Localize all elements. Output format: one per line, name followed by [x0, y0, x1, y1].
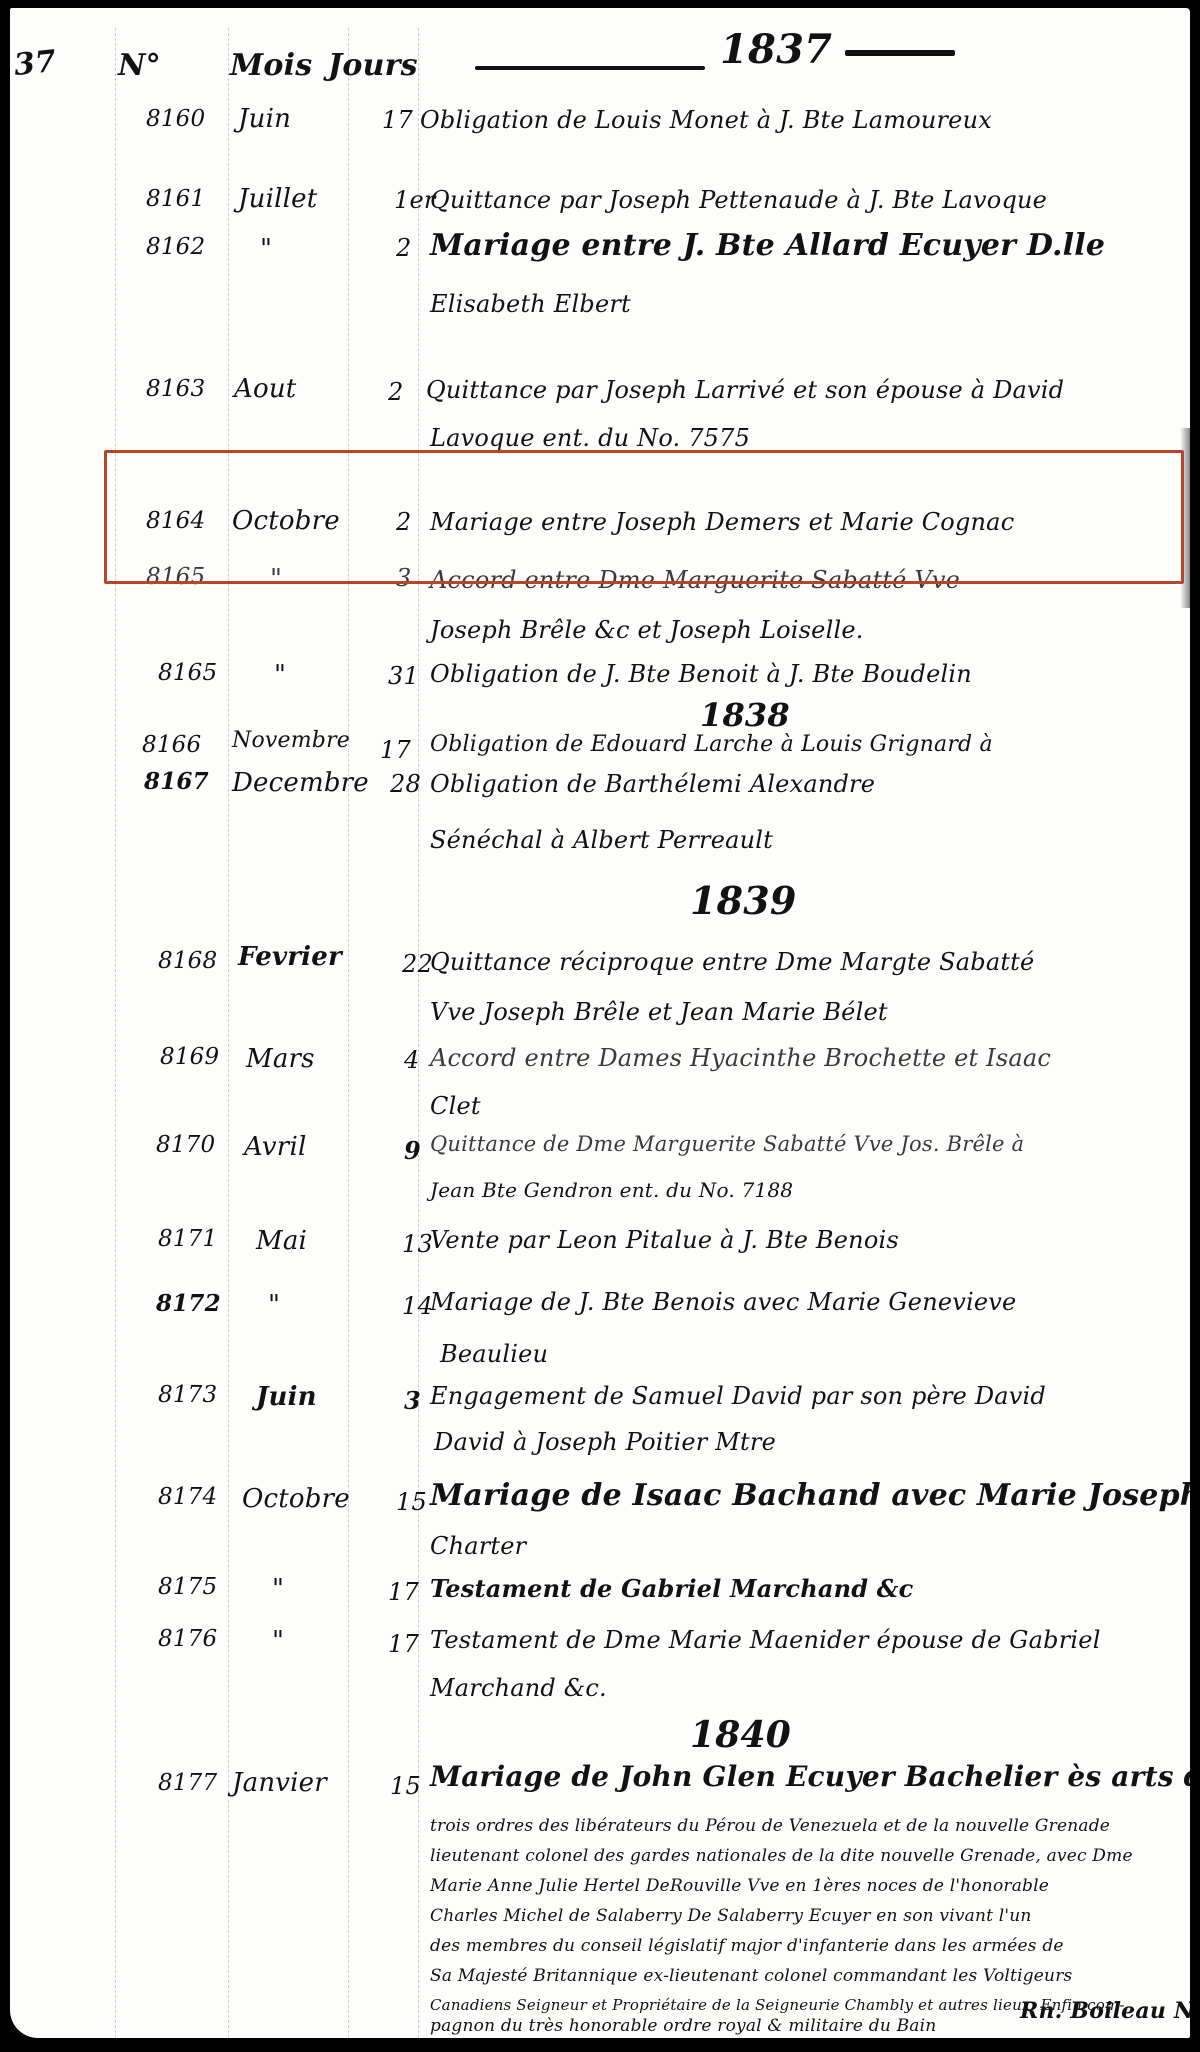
- column-rule: [228, 28, 229, 2038]
- entry-day: 17: [388, 1578, 419, 1606]
- column-rule: [348, 28, 349, 2038]
- entry-number: 8167: [144, 768, 209, 795]
- column-rule: [115, 28, 116, 2038]
- entry-day: 17: [382, 106, 413, 134]
- entry-text: Engagement de Samuel David par son père …: [430, 1382, 1046, 1410]
- entry-text-continued: Charles Michel de Salaberry De Salaberry…: [430, 1906, 1032, 1926]
- entry-text: Quittance de Dme Marguerite Sabatté Vve …: [430, 1132, 1024, 1156]
- entry-month: ": [260, 234, 272, 264]
- entry-text-continued: Beaulieu: [440, 1340, 548, 1368]
- entry-text: Obligation de Edouard Larche à Louis Gri…: [430, 732, 993, 757]
- entry-month: Aout: [234, 374, 296, 404]
- entry-text: Accord entre Dames Hyacinthe Brochette e…: [430, 1044, 1051, 1072]
- entry-text-continued: Charter: [430, 1532, 526, 1560]
- entry-number: 8173: [158, 1382, 217, 1408]
- entry-text: Mariage de J. Bte Benois avec Marie Gene…: [430, 1288, 1016, 1316]
- entry-text-continued: Marchand &c.: [430, 1674, 607, 1702]
- entry-text-continued: des membres du conseil législatif major …: [430, 1936, 1064, 1956]
- entry-number: 8172: [156, 1290, 221, 1317]
- entry-number: 8161: [146, 186, 205, 212]
- header-month-col: Mois: [230, 48, 312, 83]
- page-edge-shadow: [1180, 428, 1190, 608]
- year-marker: 1839: [690, 878, 797, 923]
- entry-day: 9: [404, 1136, 421, 1165]
- entry-number: 8166: [142, 732, 201, 758]
- entry-number: 8160: [146, 106, 205, 132]
- entry-text: Obligation de Barthélemi Alexandre: [430, 770, 875, 798]
- entry-text: Mariage de John Glen Ecuyer Bachelier ès…: [430, 1760, 1190, 1793]
- entry-number: 8175: [158, 1574, 217, 1600]
- entry-text-continued: Clet: [430, 1092, 481, 1120]
- entry-number: 8171: [158, 1226, 217, 1252]
- year-marker: 1840: [690, 1714, 791, 1756]
- entry-number: 8165: [146, 564, 205, 590]
- entry-text: Testament de Gabriel Marchand &c: [430, 1574, 913, 1603]
- entry-number: 8174: [158, 1484, 217, 1510]
- entry-month: Juillet: [238, 184, 317, 214]
- entry-day: 3: [396, 564, 411, 592]
- entry-month: Novembre: [232, 728, 350, 753]
- entry-month: ": [270, 564, 282, 594]
- entry-text-continued: Sénéchal à Albert Perreault: [430, 826, 773, 854]
- entry-day: 2: [388, 378, 403, 406]
- entry-day: 2: [396, 234, 411, 262]
- entry-text: Accord entre Dme Marguerite Sabatté Vve: [430, 566, 960, 594]
- entry-month: ": [272, 1626, 284, 1656]
- entry-number: 8176: [158, 1626, 217, 1652]
- folio-number: 37: [12, 44, 58, 83]
- entry-day: 14: [402, 1292, 433, 1320]
- entry-month: Juin: [256, 1382, 317, 1412]
- register-page: 37 N° Mois Jours 1837 8160 Juin 17 Oblig…: [10, 8, 1190, 2038]
- entry-text-continued: Marie Anne Julie Hertel DeRouville Vve e…: [430, 1876, 1049, 1896]
- entry-month: Mars: [246, 1044, 315, 1074]
- header-rule-right: [845, 50, 955, 56]
- entry-text: Mariage entre J. Bte Allard Ecuyer D.lle: [430, 228, 1105, 263]
- entry-text: Mariage entre Joseph Demers et Marie Cog…: [430, 508, 1014, 536]
- entry-text: Obligation de J. Bte Benoit à J. Bte Bou…: [430, 660, 972, 688]
- entry-month: Decembre: [232, 768, 369, 798]
- entry-text-continued: pagnon du très honorable ordre royal & m…: [430, 2016, 936, 2036]
- entry-day: 2: [396, 508, 411, 536]
- notary-signature: Rn. Boileau N.P.: [1020, 1998, 1190, 2024]
- entry-day: 13: [402, 1230, 433, 1258]
- entry-month: Octobre: [242, 1484, 350, 1514]
- entry-number: 8162: [146, 234, 205, 260]
- entry-text: Quittance par Joseph Larrivé et son épou…: [426, 376, 1064, 404]
- entry-text-continued: Joseph Brêle &c et Joseph Loiselle.: [430, 616, 864, 644]
- entry-day: 28: [390, 770, 421, 798]
- entry-text-continued: Vve Joseph Brêle et Jean Marie Bélet: [430, 998, 888, 1026]
- entry-text: Obligation de Louis Monet à J. Bte Lamou…: [420, 106, 992, 134]
- column-rule: [418, 28, 419, 2038]
- entry-month: Octobre: [232, 506, 340, 536]
- entry-number: 8169: [160, 1044, 219, 1070]
- entry-day: 17: [380, 736, 411, 764]
- entry-month: Juin: [238, 104, 291, 134]
- entry-text: Testament de Dme Marie Maenider épouse d…: [430, 1626, 1101, 1654]
- header-number-col: N°: [118, 48, 161, 83]
- entry-text-continued: Elisabeth Elbert: [430, 290, 631, 318]
- entry-text-continued: Sa Majesté Britannique ex-lieutenant col…: [430, 1966, 1072, 1986]
- entry-month: ": [272, 1574, 284, 1604]
- header-rule-left: [475, 66, 705, 70]
- entry-day: 31: [388, 662, 419, 690]
- entry-text: Mariage de Isaac Bachand avec Marie Jose…: [430, 1478, 1190, 1513]
- header-year: 1837: [720, 26, 832, 73]
- header-day-col: Jours: [328, 48, 418, 83]
- entry-month: ": [274, 660, 286, 690]
- entry-day: 15: [396, 1488, 427, 1516]
- entry-day: 17: [388, 1630, 419, 1658]
- entry-number: 8164: [146, 508, 205, 534]
- entry-number: 8163: [146, 376, 205, 402]
- entry-text-continued: trois ordres des libérateurs du Pérou de…: [430, 1816, 1110, 1836]
- entry-month: Fevrier: [238, 942, 342, 972]
- entry-text: Quittance réciproque entre Dme Margte Sa…: [430, 948, 1034, 976]
- entry-day: 22: [402, 950, 433, 978]
- entry-text-continued: lieutenant colonel des gardes nationales…: [430, 1846, 1133, 1866]
- entry-day: 4: [404, 1046, 419, 1074]
- entry-text-continued: David à Joseph Poitier Mtre: [434, 1428, 776, 1456]
- entry-number: 8165: [158, 660, 217, 686]
- year-marker: 1838: [700, 696, 790, 734]
- entry-number: 8177: [158, 1770, 217, 1796]
- entry-month: ": [268, 1290, 280, 1320]
- entry-number: 8170: [156, 1132, 215, 1158]
- entry-day: 3: [404, 1386, 421, 1415]
- entry-month: Avril: [244, 1132, 306, 1162]
- entry-number: 8168: [158, 948, 217, 974]
- entry-text: Quittance par Joseph Pettenaude à J. Bte…: [430, 186, 1047, 214]
- entry-text-continued: Jean Bte Gendron ent. du No. 7188: [430, 1178, 793, 1202]
- entry-month: Janvier: [232, 1768, 327, 1798]
- entry-day: 15: [390, 1772, 421, 1800]
- entry-text-continued: Lavoque ent. du No. 7575: [430, 424, 750, 452]
- entry-text: Vente par Leon Pitalue à J. Bte Benois: [430, 1226, 899, 1254]
- entry-month: Mai: [256, 1226, 307, 1256]
